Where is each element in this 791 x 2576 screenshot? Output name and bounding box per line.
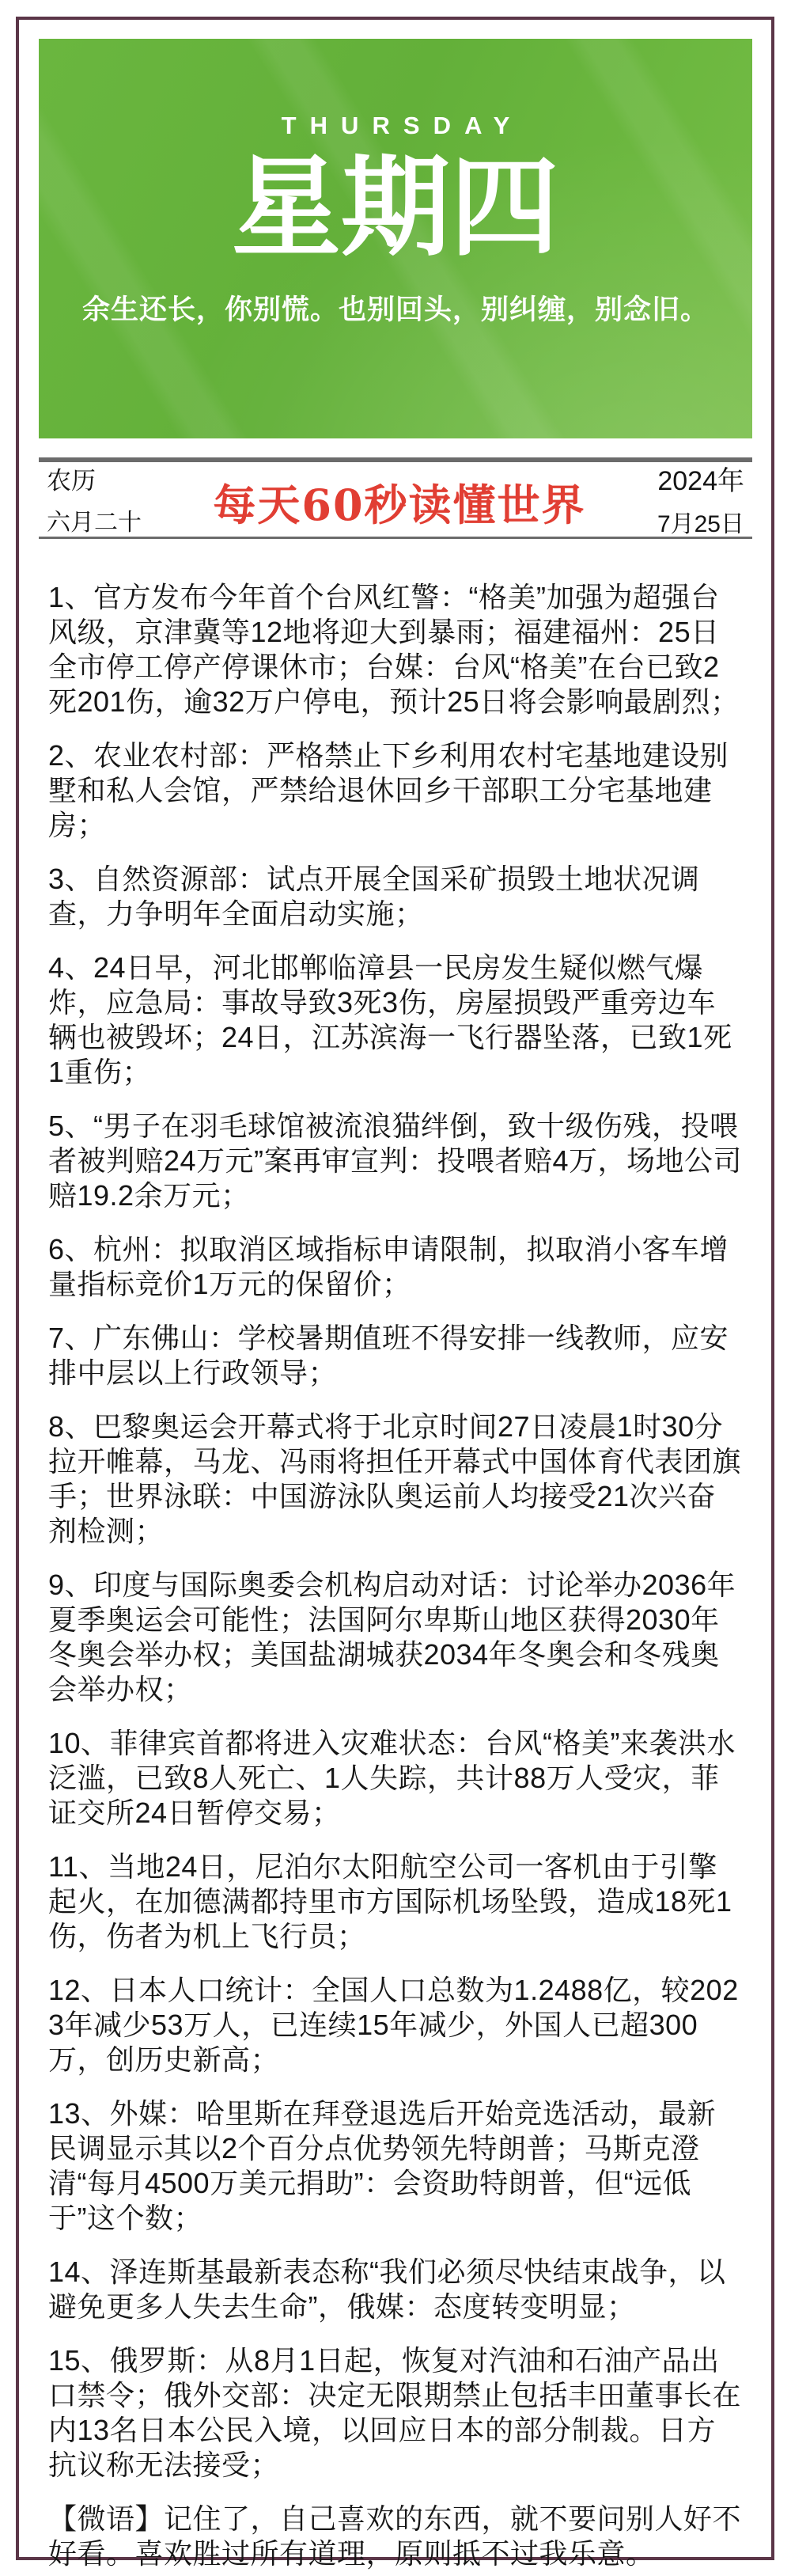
weekday-english: THURSDAY	[39, 39, 752, 140]
gregorian-column: 2024年 7月25日	[657, 459, 744, 539]
news-digest-page: THURSDAY 星期四 余生还长，你别慌。也别回头，别纠缠，别念旧。 农历 六…	[0, 0, 791, 2576]
news-item-5: 5、“男子在羽毛球馆被流浪猫绊倒，致十级伤残，投喂者被判赔24万元”案再审宣判：…	[48, 1109, 744, 1213]
news-item-1: 1、官方发布今年首个台风红警：“格美”加强为超强台风级，京津冀等12地将迎大到暴…	[48, 580, 744, 719]
date-label: 7月25日	[657, 504, 744, 539]
news-item-11: 11、当地24日，尼泊尔太阳航空公司一客机由于引擎起火，在加德满都持里市方国际机…	[48, 1849, 744, 1954]
news-item-10: 10、菲律宾首都将进入灾难状态：台风“格美”来袭洪水泛滥，已致8人死亡、1人失踪…	[48, 1726, 744, 1831]
lunar-date: 六月二十	[47, 503, 142, 537]
year-label: 2024年	[657, 459, 744, 498]
news-item-7: 7、广东佛山：学校暑期值班不得安排一线教师，应安排中层以上行政领导；	[48, 1321, 744, 1390]
header-quote: 余生还长，你别慌。也别回头，别纠缠，别念旧。	[39, 288, 752, 328]
news-item-13: 13、外媒：哈里斯在拜登退选后开始竞选活动，最新民调显示其以2个百分点优势领先特…	[48, 2096, 744, 2236]
lunar-calendar-label: 农历	[47, 461, 96, 496]
daily-title: 每天60秒读懂世界	[213, 472, 585, 533]
news-item-4: 4、24日早，河北邯郸临漳县一民房发生疑似燃气爆炸，应急局：事故导致3死3伤，房…	[48, 950, 744, 1090]
lunar-column: 农历 六月二十	[47, 461, 142, 537]
news-item-9: 9、印度与国际奥委会机构启动对话：讨论举办2036年夏季奥运会可能性；法国阿尔卑…	[48, 1568, 744, 1707]
date-bar: 农历 六月二十 每天60秒读懂世界 2024年 7月25日	[39, 457, 752, 539]
news-item-12: 12、日本人口统计：全国人口总数为1.2488亿，较2023年减少53万人，已连…	[48, 1973, 744, 2077]
news-item-6: 6、杭州：拟取消区域指标申请限制，拟取消小客车增量指标竞价1万元的保留价；	[48, 1232, 744, 1302]
weiyu-note: 【微语】记住了，自己喜欢的东西，就不要问别人好不好看。喜欢胜过所有道理，原则抵不…	[48, 2502, 744, 2571]
news-list: 1、官方发布今年首个台风红警：“格美”加强为超强台风级，京津冀等12地将迎大到暴…	[48, 580, 744, 2571]
news-item-15: 15、俄罗斯：从8月1日起，恢复对汽油和石油产品出口禁令；俄外交部：决定无限期禁…	[48, 2343, 744, 2483]
weekday-card: THURSDAY 星期四 余生还长，你别慌。也别回头，别纠缠，别念旧。	[39, 39, 752, 438]
news-item-8: 8、巴黎奥运会开幕式将于北京时间27日凌晨1时30分拉开帷幕，马龙、冯雨将担任开…	[48, 1409, 744, 1549]
weekday-chinese: 星期四	[39, 148, 752, 266]
news-item-2: 2、农业农村部：严格禁止下乡利用农村宅基地建设别墅和私人会馆，严禁给退休回乡干部…	[48, 738, 744, 843]
news-item-3: 3、自然资源部：试点开展全国采矿损毁土地状况调查，力争明年全面启动实施；	[48, 862, 744, 931]
news-item-14: 14、泽连斯基最新表态称“我们必须尽快结束战争，以避免更多人失去生命”，俄媒：态…	[48, 2255, 744, 2324]
